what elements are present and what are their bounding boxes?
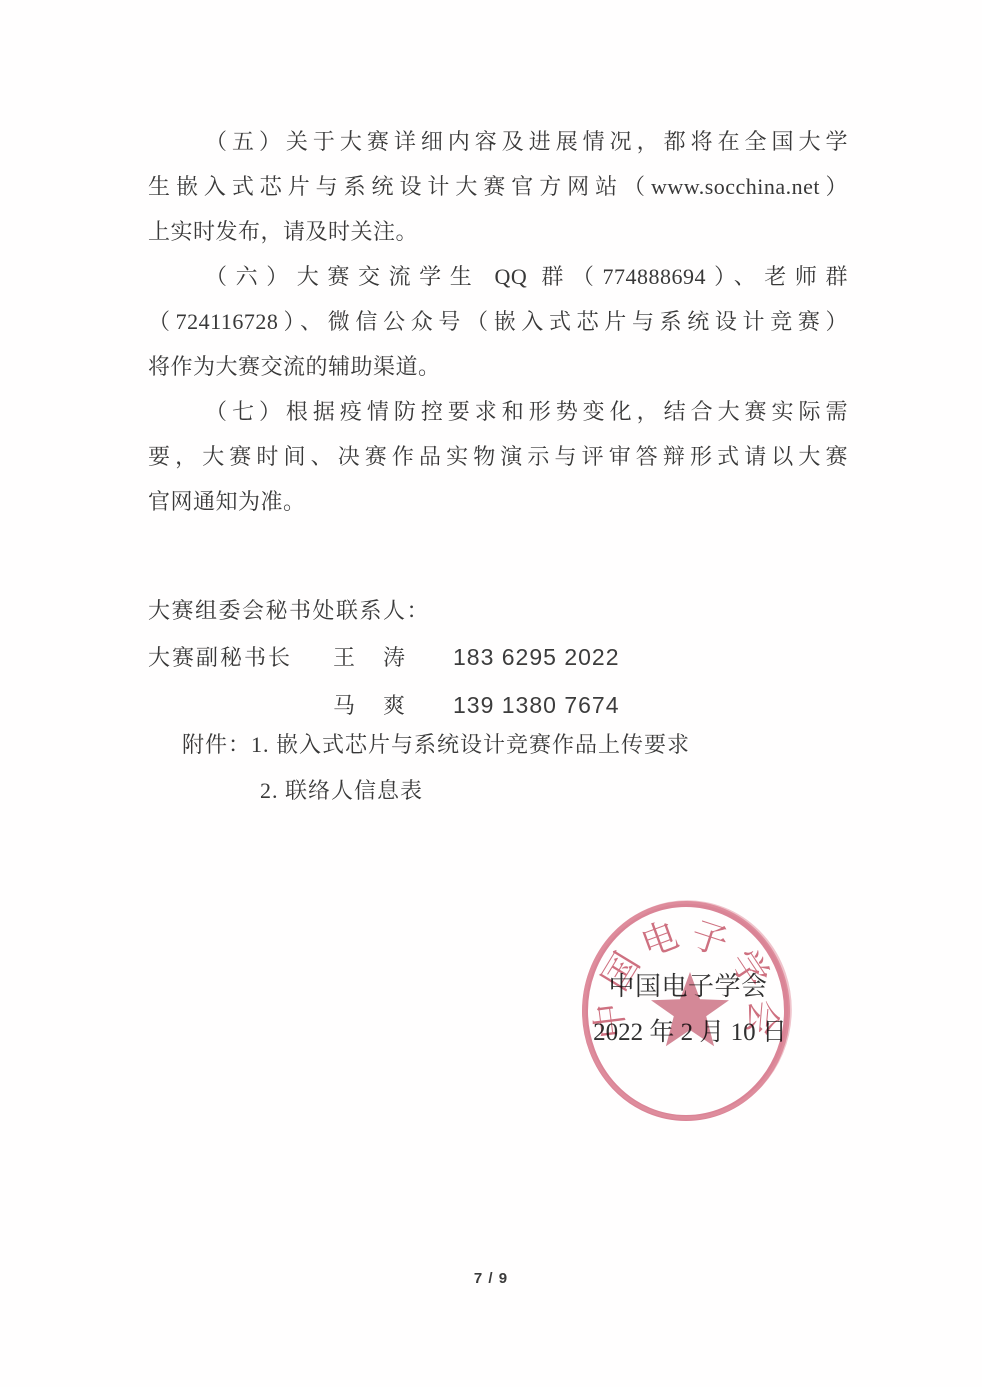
document-page: （五）关于大赛详细内容及进展情况，都将在全国大学 生嵌入式芯片与系统设计大赛官方… (0, 0, 982, 1387)
attachments-label: 附件： (182, 732, 251, 757)
body-text: （五）关于大赛详细内容及进展情况，都将在全国大学 生嵌入式芯片与系统设计大赛官方… (148, 119, 848, 524)
paragraph-wu: （五）关于大赛详细内容及进展情况，都将在全国大学 生嵌入式芯片与系统设计大赛官方… (148, 119, 848, 254)
page-number: 7 / 9 (0, 1270, 982, 1287)
contacts-heading: 大赛组委会秘书处联系人： (148, 588, 848, 633)
contact-phone: 183 6295 2022 (453, 633, 620, 681)
attachment-item: 2. 联络人信息表 (182, 768, 822, 814)
paragraph-line: 上实时发布，请及时关注。 (148, 209, 848, 254)
attachment-title: 1. 嵌入式芯片与系统设计竞赛作品上传要求 (251, 732, 690, 757)
paragraph-line: （六）大赛交流学生 QQ 群（774888694）、老师群 (148, 254, 848, 299)
attachment-item: 附件：1. 嵌入式芯片与系统设计竞赛作品上传要求 (182, 722, 822, 768)
paragraph-line: （724116728）、微信公众号（嵌入式芯片与系统设计竞赛） (148, 299, 848, 344)
contact-role: 大赛副秘书长 (148, 634, 333, 682)
paragraph-line: 官网通知为准。 (148, 479, 848, 524)
paragraph-line: 将作为大赛交流的辅助渠道。 (148, 344, 848, 389)
attachments-block: 附件：1. 嵌入式芯片与系统设计竞赛作品上传要求 2. 联络人信息表 (182, 722, 822, 814)
contact-row: 大赛副秘书长王 涛183 6295 2022 (148, 633, 848, 681)
paragraph-liu: （六）大赛交流学生 QQ 群（774888694）、老师群 （724116728… (148, 254, 848, 389)
paragraph-line: 要，大赛时间、决赛作品实物演示与评审答辩形式请以大赛 (148, 434, 848, 479)
paragraph-qi: （七）根据疫情防控要求和形势变化，结合大赛实际需 要，大赛时间、决赛作品实物演示… (148, 389, 848, 524)
signature-organization: 中国电子学会 (577, 966, 799, 1003)
paragraph-line: 生嵌入式芯片与系统设计大赛官方网站（www.socchina.net） (148, 164, 848, 209)
signature-date: 2022 年 2 月 10 日 (567, 1012, 813, 1048)
paragraph-line: （五）关于大赛详细内容及进展情况，都将在全国大学 (148, 119, 848, 164)
contact-name: 王 涛 (333, 634, 409, 682)
paragraph-line: （七）根据疫情防控要求和形势变化，结合大赛实际需 (148, 389, 848, 434)
contacts-block: 大赛组委会秘书处联系人： 大赛副秘书长王 涛183 6295 2022 马 爽1… (148, 588, 848, 729)
official-seal-stamp: 中国电子学会 (577, 896, 799, 1126)
